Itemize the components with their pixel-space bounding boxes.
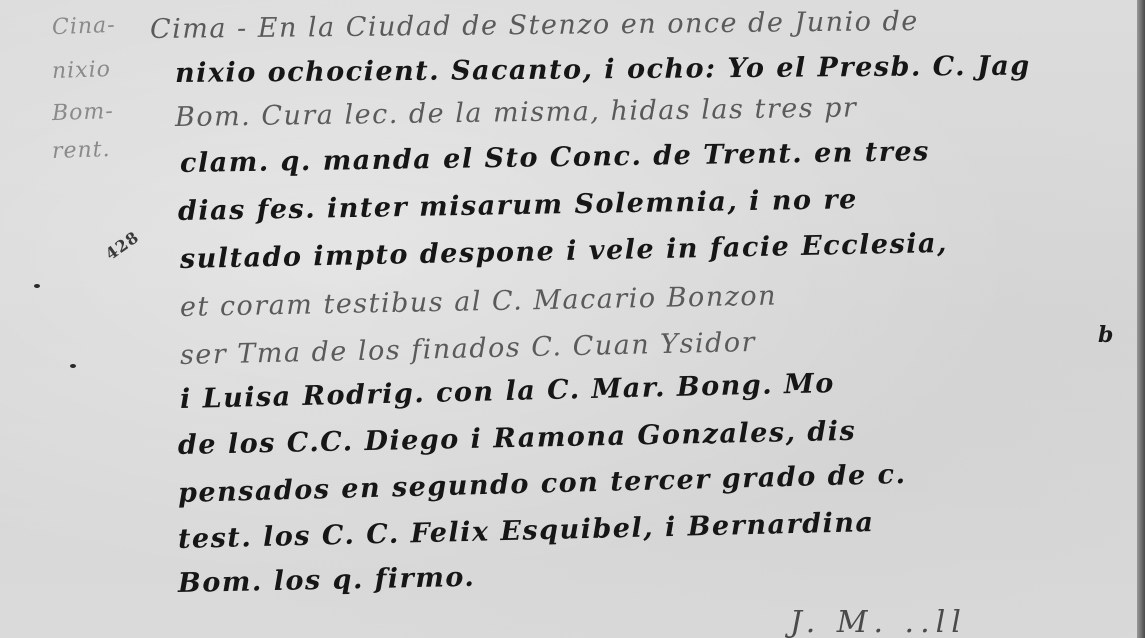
margin-note: nixio xyxy=(52,57,112,84)
manuscript-line: clam. q. manda el Sto Conc. de Trent. en… xyxy=(180,136,930,179)
manuscript-line: nixio ochocient. Sacanto, i ocho: Yo el … xyxy=(175,51,1031,89)
manuscript-line: sultado impto despone i vele in facie Ec… xyxy=(180,228,949,275)
manuscript-line: de los C.C. Diego i Ramona Gonzales, dis xyxy=(178,416,857,461)
page-edge-shadow xyxy=(1137,0,1145,638)
folio-number-stamp: 428 xyxy=(102,227,143,263)
manuscript-line: ser Tma de los finados C. Cuan Ysidor xyxy=(180,327,757,371)
manuscript-line: et coram testibus al C. Macario Bonzon xyxy=(180,281,778,323)
manuscript-line: Bom. Cura lec. de la misma, hidas las tr… xyxy=(175,92,858,133)
manuscript-line: i Luisa Rodrig. con la C. Mar. Bong. Mo xyxy=(180,368,836,415)
margin-note: rent. xyxy=(52,137,111,164)
manuscript-line: test. los C. C. Felix Esquibel, i Bernar… xyxy=(178,507,875,555)
manuscript-line: Bom. los q. firmo. xyxy=(178,562,476,599)
manuscript-line: dias fes. inter misarum Solemnia, i no r… xyxy=(178,184,858,227)
manuscript-line: Cima - En la Ciudad de Stenzo en once de… xyxy=(150,6,919,45)
superscript-mark: b xyxy=(1098,322,1113,348)
manuscript-page: Cina- nixio Bom- rent. 428 Cima - En la … xyxy=(0,0,1145,638)
signature: J. M. ..ll xyxy=(790,605,967,638)
ink-speck xyxy=(70,364,76,368)
margin-note: Bom- xyxy=(52,99,115,126)
manuscript-line: pensados en segundo con tercer grado de … xyxy=(178,459,907,509)
margin-note: Cina- xyxy=(52,13,116,40)
ink-speck xyxy=(34,284,40,288)
